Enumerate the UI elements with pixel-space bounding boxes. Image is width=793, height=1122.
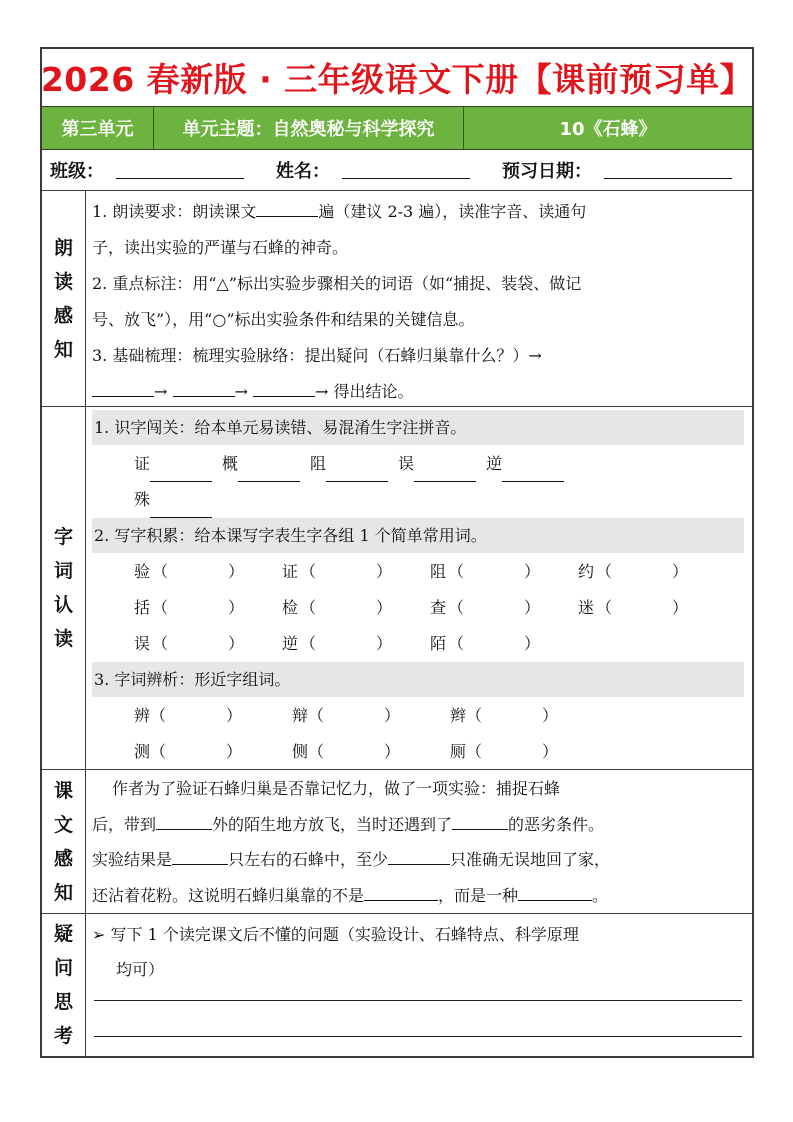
section-questions: 疑 问 思 考 ➢ 写下 1 个读完课文后不懂的问题（实验设计、石蜂特点、科学原…: [42, 914, 752, 1056]
class-field: 班级：: [50, 157, 244, 183]
section-body-comprehension: 作者为了验证石蜂归巢是否靠记忆力，做了一项实验：捕捉石蜂 后，带到外的陌生地方放…: [86, 770, 752, 913]
section-label-words: 字 词 认 读: [42, 407, 86, 769]
answer-line-2[interactable]: [94, 1001, 742, 1037]
flow-blank-1[interactable]: [92, 377, 154, 397]
date-input[interactable]: [604, 161, 732, 179]
class-label: 班级：: [50, 157, 104, 183]
pinyin-row-1: 证 概 阻 误 逆: [92, 446, 744, 482]
read-times-blank[interactable]: [256, 197, 318, 217]
reading-item-2-cont: 号、放飞”），用“○”标出实验条件和结果的关键信息。: [92, 302, 746, 338]
similar-item[interactable]: 测（）: [134, 734, 292, 770]
word-item[interactable]: 阻（）: [430, 554, 578, 590]
student-info-row: 班级： 姓名： 预习日期：: [42, 150, 752, 191]
name-input[interactable]: [342, 161, 470, 179]
flow-blank-2[interactable]: [173, 377, 235, 397]
question-prompt: ➢ 写下 1 个读完课文后不懂的问题（实验设计、石蜂特点、科学原理: [92, 917, 742, 952]
answer-line-1[interactable]: [94, 987, 742, 1001]
title-row: 2026 春新版 · 三年级语文下册【课前预习单】: [42, 49, 752, 107]
similar-item[interactable]: 辫（）: [450, 698, 608, 734]
pinyin-item: 概: [222, 446, 300, 482]
unit-name: 第三单元: [42, 107, 154, 149]
word-item[interactable]: 陌（）: [430, 626, 578, 662]
reading-item-1: 1. 朗读要求：朗读课文遍（建议 2-3 遍），读准字音、读通句: [92, 194, 746, 230]
date-field: 预习日期：: [502, 157, 732, 183]
reason-blank[interactable]: [518, 881, 592, 901]
worksheet: 2026 春新版 · 三年级语文下册【课前预习单】 第三单元 单元主题：自然奥秘…: [40, 47, 754, 1058]
arrow-icon: →: [154, 382, 167, 401]
section-label-comprehension: 课 文 感 知: [42, 770, 86, 913]
task2-title: 2. 写字积累：给本课写字表生字各组 1 个简单常用词。: [92, 518, 744, 553]
section-reading: 朗 读 感 知 1. 朗读要求：朗读课文遍（建议 2-3 遍），读准字音、读通句…: [42, 191, 752, 407]
section-body-questions: ➢ 写下 1 个读完课文后不懂的问题（实验设计、石蜂特点、科学原理 均可）: [86, 914, 752, 1056]
arrow-bullet-icon: ➢: [92, 925, 105, 944]
word-item[interactable]: 证（）: [282, 554, 430, 590]
returned-count-blank[interactable]: [388, 845, 450, 865]
comp-line-2: 后，带到外的陌生地方放飞，当时还遇到了的恶劣条件。: [92, 807, 746, 843]
date-label: 预习日期：: [502, 157, 592, 183]
word-row-3: 误（） 逆（） 陌（）: [92, 626, 744, 662]
pinyin-item: 证: [134, 446, 212, 482]
comp-line-4: 还沾着花粉。这说明石蜂归巢靠的不是，而是一种。: [92, 878, 746, 914]
distance-blank[interactable]: [156, 810, 212, 830]
section-words: 字 词 认 读 1. 识字闯关：给本单元易读错、易混淆生字注拼音。 证 概 阻 …: [42, 407, 752, 770]
task1-title: 1. 识字闯关：给本单元易读错、易混淆生字注拼音。: [92, 410, 744, 445]
page-title: 2026 春新版 · 三年级语文下册【课前预习单】: [41, 54, 753, 101]
class-input[interactable]: [116, 161, 244, 179]
task3-title: 3. 字词辨析：形近字组词。: [92, 662, 744, 697]
pinyin-blank[interactable]: [150, 498, 212, 518]
pinyin-blank[interactable]: [150, 462, 212, 482]
flow-blank-3[interactable]: [253, 377, 315, 397]
word-row-2: 括（） 检（） 查（） 迷（）: [92, 590, 744, 626]
reading-item-1-cont: 子，读出实验的严谨与石蜂的神奇。: [92, 230, 746, 266]
condition-blank[interactable]: [452, 810, 508, 830]
section-label-questions: 疑 问 思 考: [42, 914, 86, 1056]
word-row-1: 验（） 证（） 阻（） 约（）: [92, 554, 744, 590]
section-comprehension: 课 文 感 知 作者为了验证石蜂归巢是否靠记忆力，做了一项实验：捕捉石蜂 后，带…: [42, 770, 752, 914]
word-item[interactable]: 括（）: [134, 590, 282, 626]
pinyin-blank[interactable]: [502, 462, 564, 482]
similar-item[interactable]: 厕（）: [450, 734, 608, 770]
pinyin-item: 误: [398, 446, 476, 482]
section-label-reading: 朗 读 感 知: [42, 191, 86, 406]
comp-line-1: 作者为了验证石蜂归巢是否靠记忆力，做了一项实验：捕捉石蜂: [92, 771, 746, 807]
similar-item[interactable]: 侧（）: [292, 734, 450, 770]
pinyin-item: 阻: [310, 446, 388, 482]
section-body-reading: 1. 朗读要求：朗读课文遍（建议 2-3 遍），读准字音、读通句 子，读出实验的…: [86, 191, 752, 406]
similar-row-1: 辨（） 辩（） 辫（）: [92, 698, 744, 734]
word-item[interactable]: 验（）: [134, 554, 282, 590]
arrow-icon: →: [235, 382, 248, 401]
word-item[interactable]: 查（）: [430, 590, 578, 626]
section-body-words: 1. 识字闯关：给本单元易读错、易混淆生字注拼音。 证 概 阻 误 逆 殊 2.…: [86, 407, 752, 769]
word-item[interactable]: 约（）: [578, 554, 726, 590]
unit-bar: 第三单元 单元主题：自然奥秘与科学探究 10《石蜂》: [42, 107, 752, 150]
unit-theme: 单元主题：自然奥秘与科学探究: [154, 107, 464, 149]
similar-row-2: 测（） 侧（） 厕（）: [92, 734, 744, 770]
name-label: 姓名：: [276, 157, 330, 183]
pinyin-blank[interactable]: [414, 462, 476, 482]
comp-line-3: 实验结果是只左右的石蜂中，至少只准确无误地回了家，: [92, 842, 746, 878]
pinyin-blank[interactable]: [326, 462, 388, 482]
pinyin-item: 逆: [486, 446, 564, 482]
question-prompt-cont: 均可）: [92, 952, 742, 987]
word-item[interactable]: 误（）: [134, 626, 282, 662]
reading-item-2: 2. 重点标注：用“△”标出实验步骤相关的词语（如“捕捉、装袋、做记: [92, 266, 746, 302]
name-field: 姓名：: [276, 157, 470, 183]
pinyin-row-2: 殊: [92, 482, 744, 518]
pinyin-blank[interactable]: [238, 462, 300, 482]
word-item[interactable]: 逆（）: [282, 626, 430, 662]
arrow-icon: →: [315, 382, 328, 401]
similar-item[interactable]: 辩（）: [292, 698, 450, 734]
not-reason-blank[interactable]: [364, 881, 438, 901]
reading-item-3: 3. 基础梳理：梳理实验脉络：提出疑问（石蜂归巢靠什么？）→: [92, 338, 746, 374]
total-count-blank[interactable]: [172, 845, 228, 865]
reading-item-3-flow: → → → 得出结论。: [92, 374, 746, 410]
word-item[interactable]: 迷（）: [578, 590, 726, 626]
pinyin-item: 殊: [134, 482, 212, 518]
similar-item[interactable]: 辨（）: [134, 698, 292, 734]
lesson-title: 10《石蜂》: [464, 107, 752, 149]
word-item[interactable]: 检（）: [282, 590, 430, 626]
